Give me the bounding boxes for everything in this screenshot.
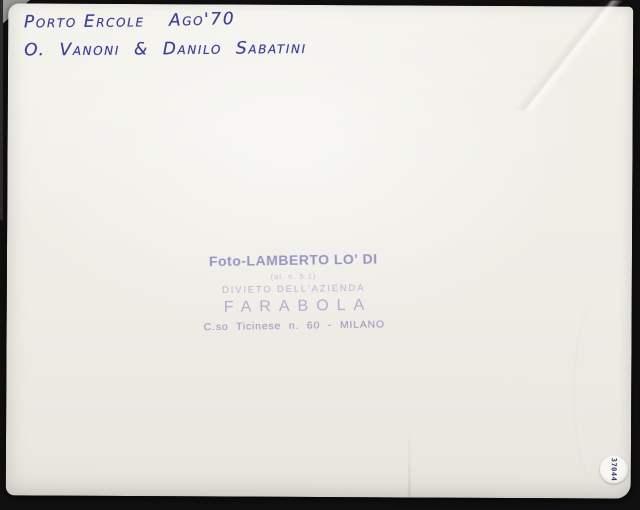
paper-crease-right <box>577 306 618 476</box>
paper-crease-bottom <box>408 427 411 497</box>
caption-line-1: Porto Ercole Ago'70 <box>24 10 307 32</box>
stamp-address: C.so Ticinese n. 60 - MILANO <box>159 318 429 334</box>
stamp-note: (al. n. 5.1) <box>158 270 428 283</box>
caption-date: Ago'70 <box>168 9 235 31</box>
archive-sticker: 37044 <box>600 455 628 483</box>
stamp-restriction: DIVIETO DELL'AZIENDA <box>159 282 429 297</box>
caption-location: Porto Ercole <box>24 11 145 32</box>
caption-subjects: O. Vanoni & Danilo Sabatini <box>24 38 307 60</box>
handwritten-caption: Porto Ercole Ago'70 O. Vanoni & Danilo S… <box>24 10 307 60</box>
scan-edge-strip <box>0 0 3 220</box>
stamp-photographer: Foto-LAMBERTO LO' DI <box>158 250 428 270</box>
archive-sticker-code: 37044 <box>610 458 618 482</box>
paper-crease-top-right <box>491 0 640 111</box>
scanned-photo-back: Porto Ercole Ago'70 O. Vanoni & Danilo S… <box>0 0 640 510</box>
stamp-agency-name: FARABOLA <box>159 296 429 318</box>
photo-print-verso: Porto Ercole Ago'70 O. Vanoni & Danilo S… <box>6 3 634 498</box>
agency-ink-stamp: Foto-LAMBERTO LO' DI (al. n. 5.1) DIVIET… <box>158 250 429 334</box>
